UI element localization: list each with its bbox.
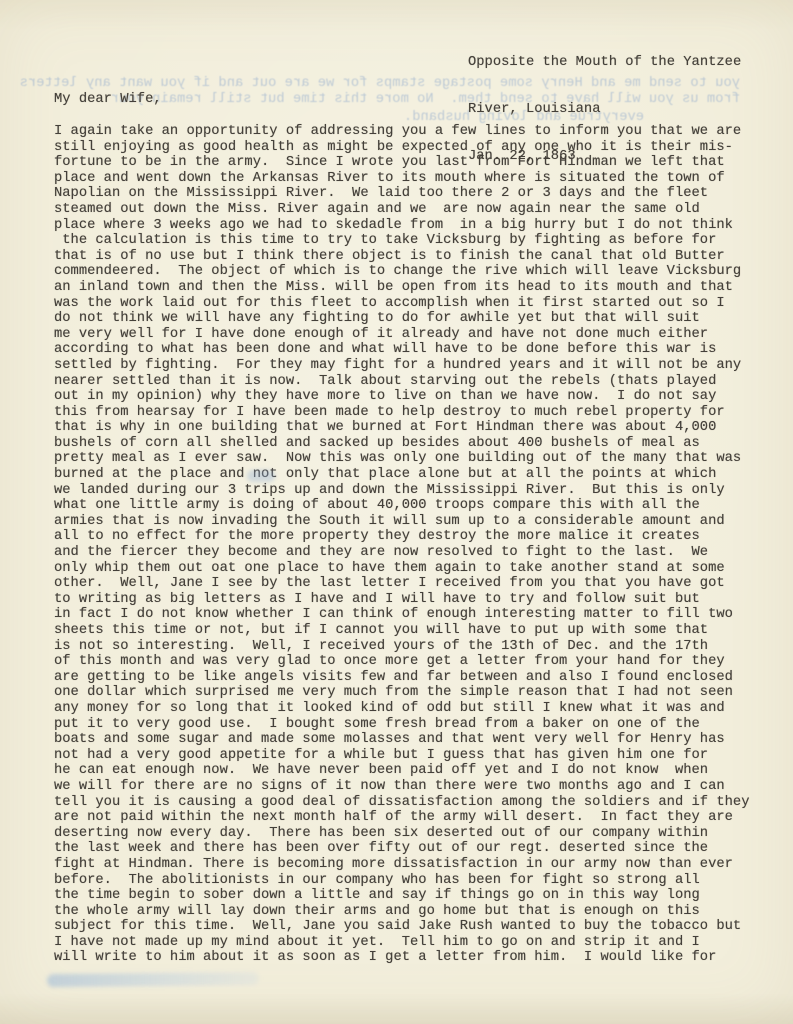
letter-body: I again take an opportunity of addressin… bbox=[54, 124, 766, 966]
letter-greeting: My dear Wife, bbox=[54, 92, 162, 108]
ink-smudge-small bbox=[247, 470, 275, 482]
heading-location-line-2: River, Louisiana bbox=[468, 102, 741, 118]
letter-page: you to send me and Henry some postage st… bbox=[0, 0, 793, 1024]
heading-location-line-1: Opposite the Mouth of the Yantzee bbox=[468, 55, 741, 71]
ink-smudge-bottom bbox=[47, 972, 259, 987]
